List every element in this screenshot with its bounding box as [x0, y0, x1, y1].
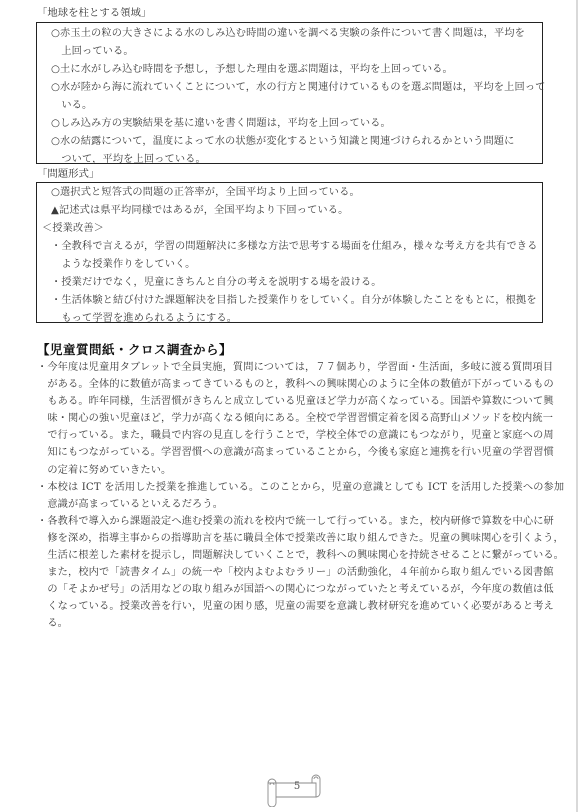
survey-line: 修を深め，指導主事からの指導助言を基に職員全体で授業改善に取り組んできた。児童の… [37, 530, 547, 547]
page-number: 5 [262, 781, 332, 792]
finding-line: ○赤玉土の粒の大きさによる水のしみ込む時間の違いを調べる実験の条件について書く問… [51, 25, 542, 43]
survey-line: る。 [37, 615, 547, 632]
survey-line: また，校内で「読書タイム」の統一や「校内よむよむラリー」の活動強化，４年前から取… [37, 564, 547, 581]
format-line: ○選択式と短答式の問題の正答率が，全国平均より上回っている。 [51, 184, 542, 202]
finding-line: ついて，平均を上回っている。 [51, 151, 542, 169]
section-label-earth: 「地球を柱とする領域」 [37, 6, 151, 20]
survey-line: くなっている。授業改善を行い，児童の困り感，児童の需要を意識し教材研究を進めてい… [37, 598, 547, 615]
improvement-line: ・生活体験と結び付けた課題解決を目指した授業作りをしていく。自分が体験したことを… [51, 292, 542, 310]
finding-line: ○しみ込み方の実験結果を基に違いを書く問題は，平均を上回っている。 [51, 115, 542, 133]
survey-line: の定着に努めていきたい。 [37, 462, 547, 479]
improvement-label: ＜授業改善＞ [42, 220, 542, 238]
survey-line: がある。全体的に数値が高まってきているものと，教科への興味関心のように全体の数値… [37, 376, 547, 393]
improvement-line: もって学習を進められるようにする。 [51, 310, 542, 328]
survey-line: ・各教科で導入から課題設定へ進む授業の流れを校内で統一して行っている。また，校内… [37, 513, 547, 530]
survey-line: 生活に根差した素材を提示し，問題解決していくことで，教科への興味関心を持続させる… [37, 547, 547, 564]
finding-line: ○水が陸から海に流れていくことについて，水の行方と関連付けているものを選ぶ問題は… [51, 79, 542, 97]
format-line: ▲記述式は県平均同様ではあるが，全国平均より下回っている。 [51, 202, 542, 220]
document-page: 「地球を柱とする領域」 ○赤玉土の粒の大きさによる水のしみ込む時間の違いを調べる… [0, 0, 578, 812]
improvement-line: ような授業作りをしていく。 [51, 256, 542, 274]
survey-line: ・今年度は児童用タブレットで全員実施，質問については，７７個あり，学習面・生活面… [37, 359, 547, 376]
survey-body: ・今年度は児童用タブレットで全員実施，質問については，７７個あり，学習面・生活面… [37, 359, 547, 633]
section-label-question-format: 「問題形式」 [37, 167, 99, 181]
survey-line: の「そよかぜ号」の活用などの取り組みが国語への関心につながっていたと考えているが… [37, 581, 547, 598]
survey-line: 味・関心の強い児童ほど，学力が高くなる傾向にある。全校で学習習慣定着を図る高野山… [37, 410, 547, 427]
survey-line: 意識が高まっているといえるだろう。 [37, 496, 547, 513]
improvement-line: ・授業だけでなく，児童にきちんと自分の考えを説明する場を設ける。 [51, 274, 542, 292]
earth-findings-box: ○赤玉土の粒の大きさによる水のしみ込む時間の違いを調べる実験の条件について書く問… [36, 22, 543, 164]
survey-line: 知にもつながっている。学習習慣への意識が高まっていることから，今後も家庭と連携を… [37, 444, 547, 461]
improvement-line: ・全教科で言えるが，学習の問題解決に多様な方法で思考する場面を仕組み，様々な考え… [51, 238, 542, 256]
survey-line: もある。昨年同様，生活習慣がきちんと成立している児童ほど学力が高くなっている。国… [37, 393, 547, 410]
page-footer: 5 [258, 773, 328, 807]
finding-line: 上回っている。 [51, 43, 542, 61]
survey-line: で行っている。また，職員で内容の見直しを行うことで，学校全体での意識にもつながり… [37, 427, 547, 444]
finding-line: ○土に水がしみ込む時間を予想し，予想した理由を選ぶ問題は，平均を上回っている。 [51, 61, 542, 79]
finding-line: ○水の結露について，温度によって水の状態が変化するという知識と関連づけられるかと… [51, 133, 542, 151]
survey-heading: 【児童質問紙・クロス調査から】 [37, 340, 232, 358]
survey-line: ・本校は ICT を活用した授業を推進している。このことから，児童の意識としても… [37, 479, 547, 496]
question-format-box: ○選択式と短答式の問題の正答率が，全国平均より上回っている。 ▲記述式は県平均同… [36, 182, 543, 323]
finding-line: いる。 [51, 97, 542, 115]
